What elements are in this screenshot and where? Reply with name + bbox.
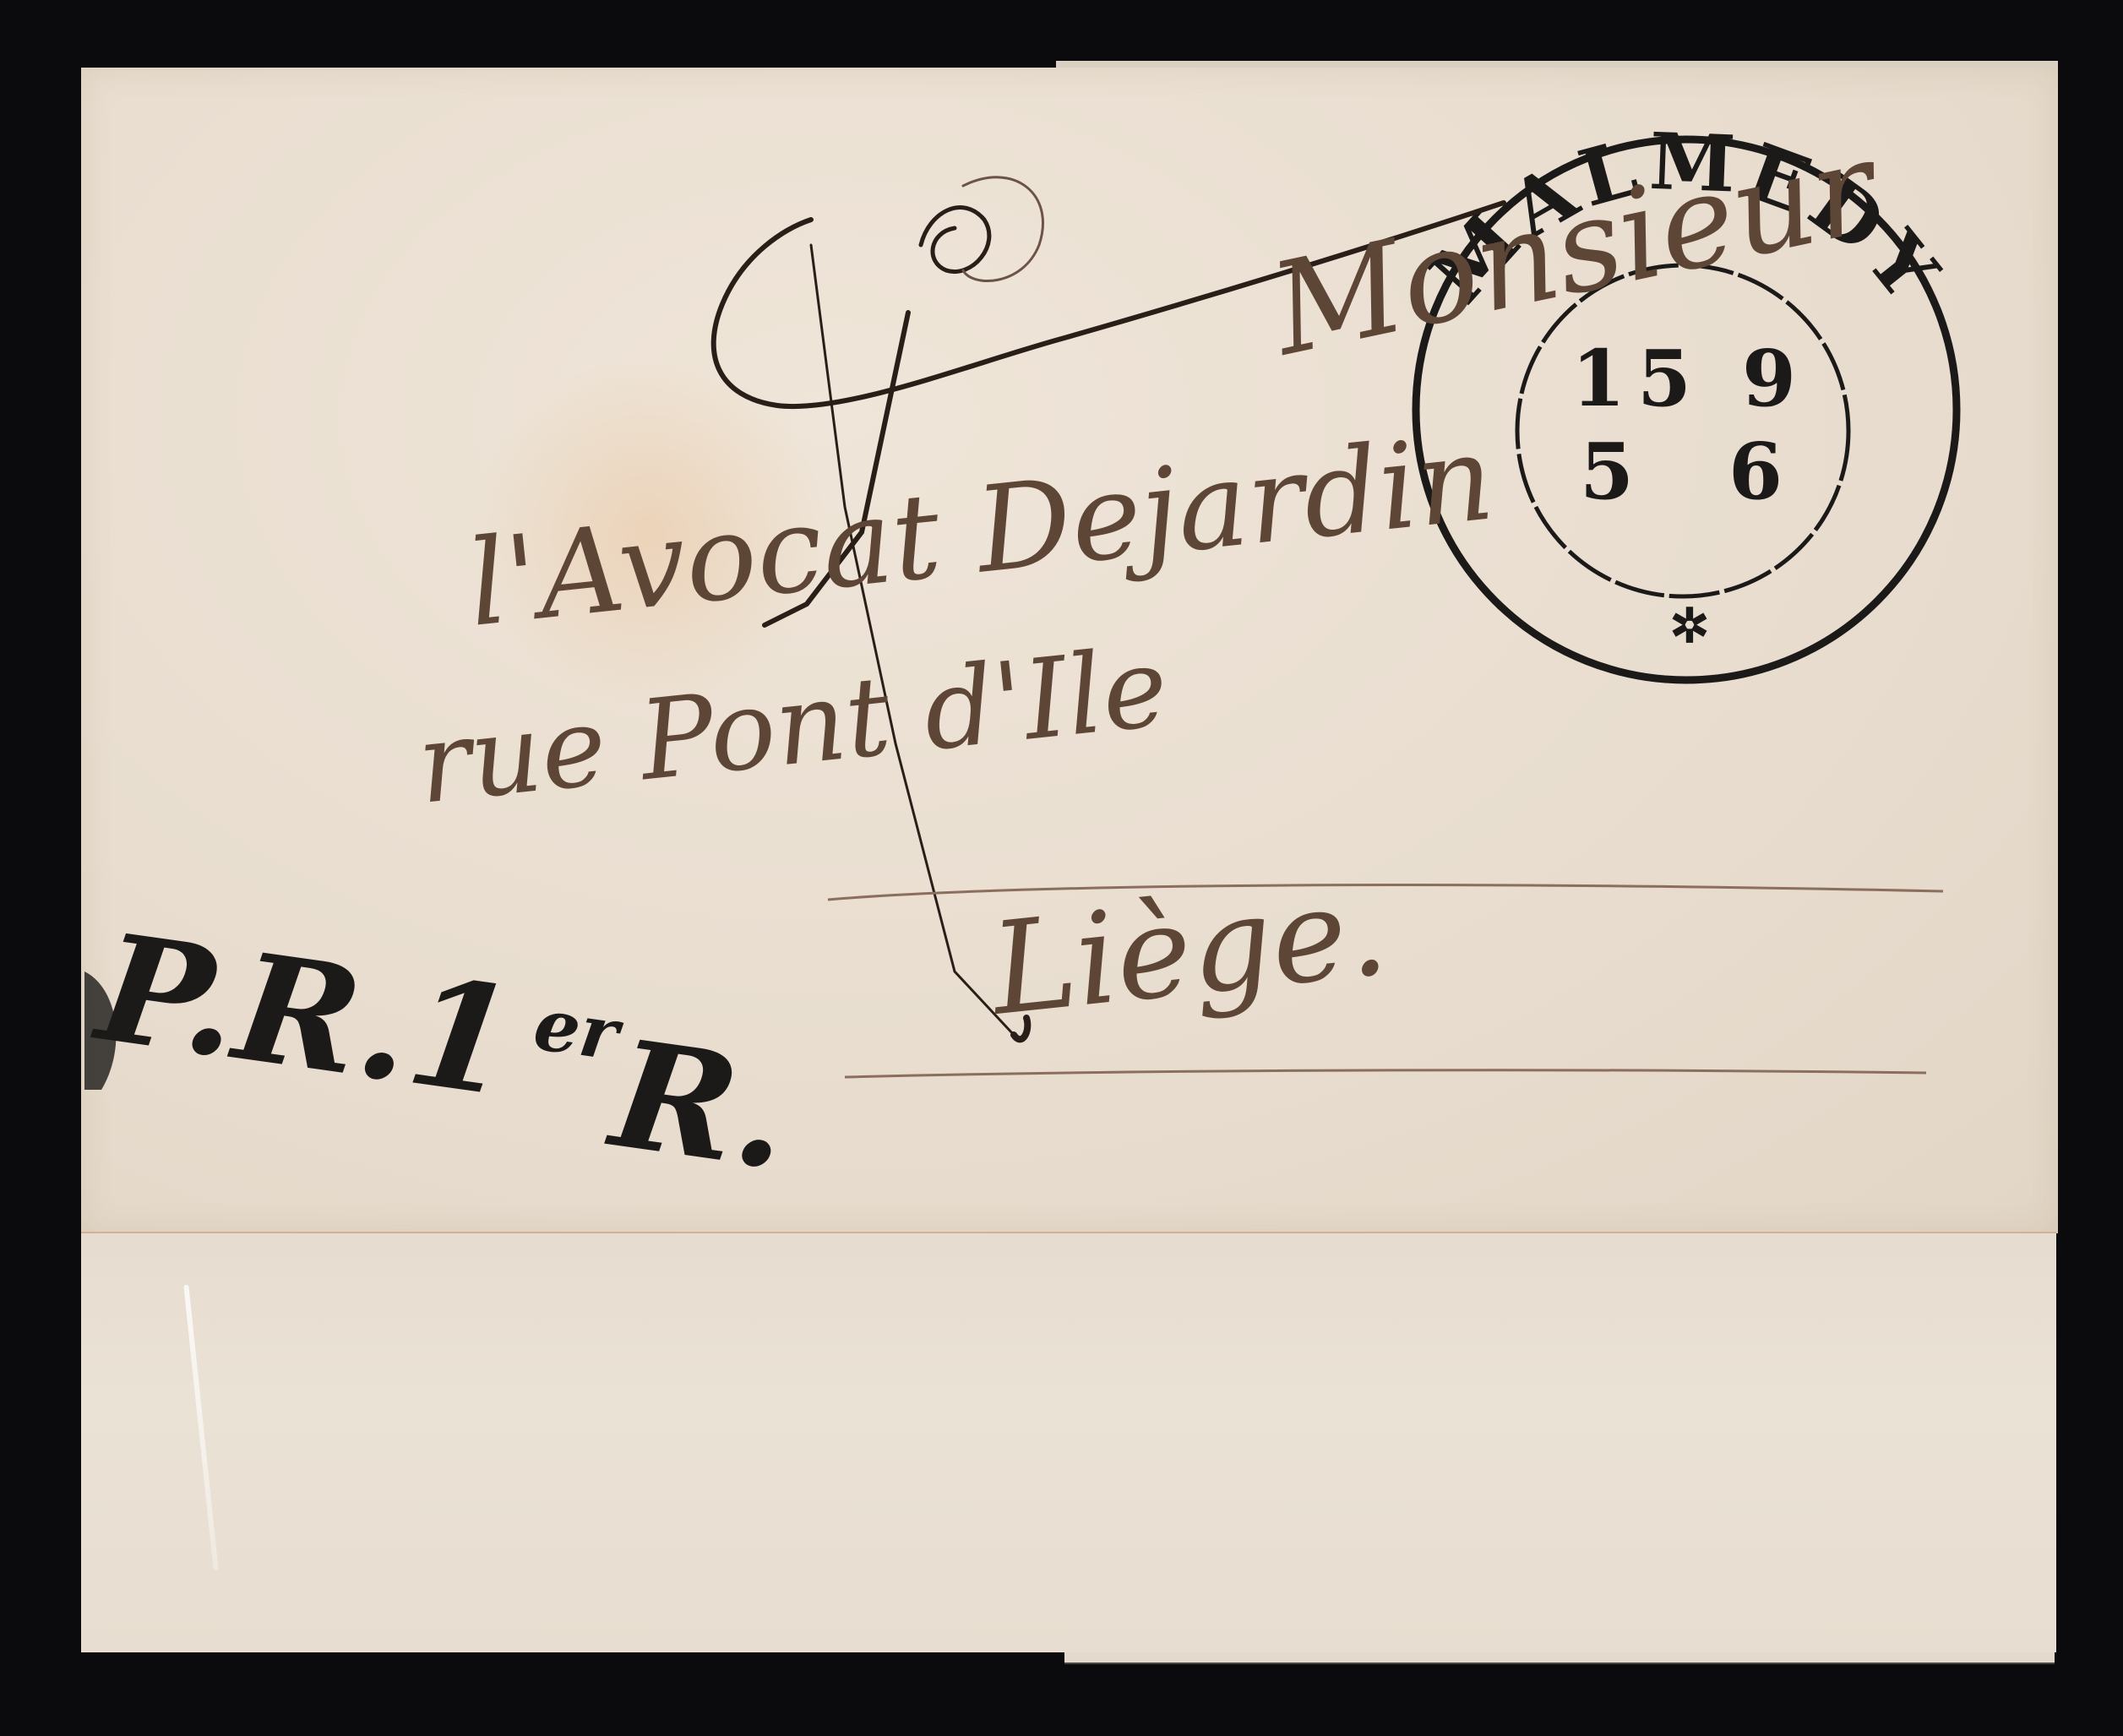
address-underline-2: [845, 1070, 1926, 1077]
transit-mark-superscript: er: [529, 982, 628, 1078]
cover-markings: MALMEDY 15 9 5 6 ✲ Monsieur l'Avocat Dej…: [0, 0, 2123, 1736]
address-line-3: rue Pont d'Ile: [411, 623, 1173, 829]
postmark-date-year: 5 6: [1580, 426, 1816, 517]
postmark-date-day-month: 15 9: [1571, 333, 1808, 424]
address-line-2: l'Avocat Dejardin: [462, 409, 1500, 653]
transit-mark-end: R.: [598, 1007, 799, 1203]
postmark-ornament: ✲: [1670, 598, 1710, 654]
transit-mark-main: P.R.1: [84, 901, 524, 1130]
transit-mark: P.R.1 er R.: [79, 901, 803, 1203]
postal-cover: MALMEDY 15 9 5 6 ✲ Monsieur l'Avocat Dej…: [0, 0, 2123, 1736]
